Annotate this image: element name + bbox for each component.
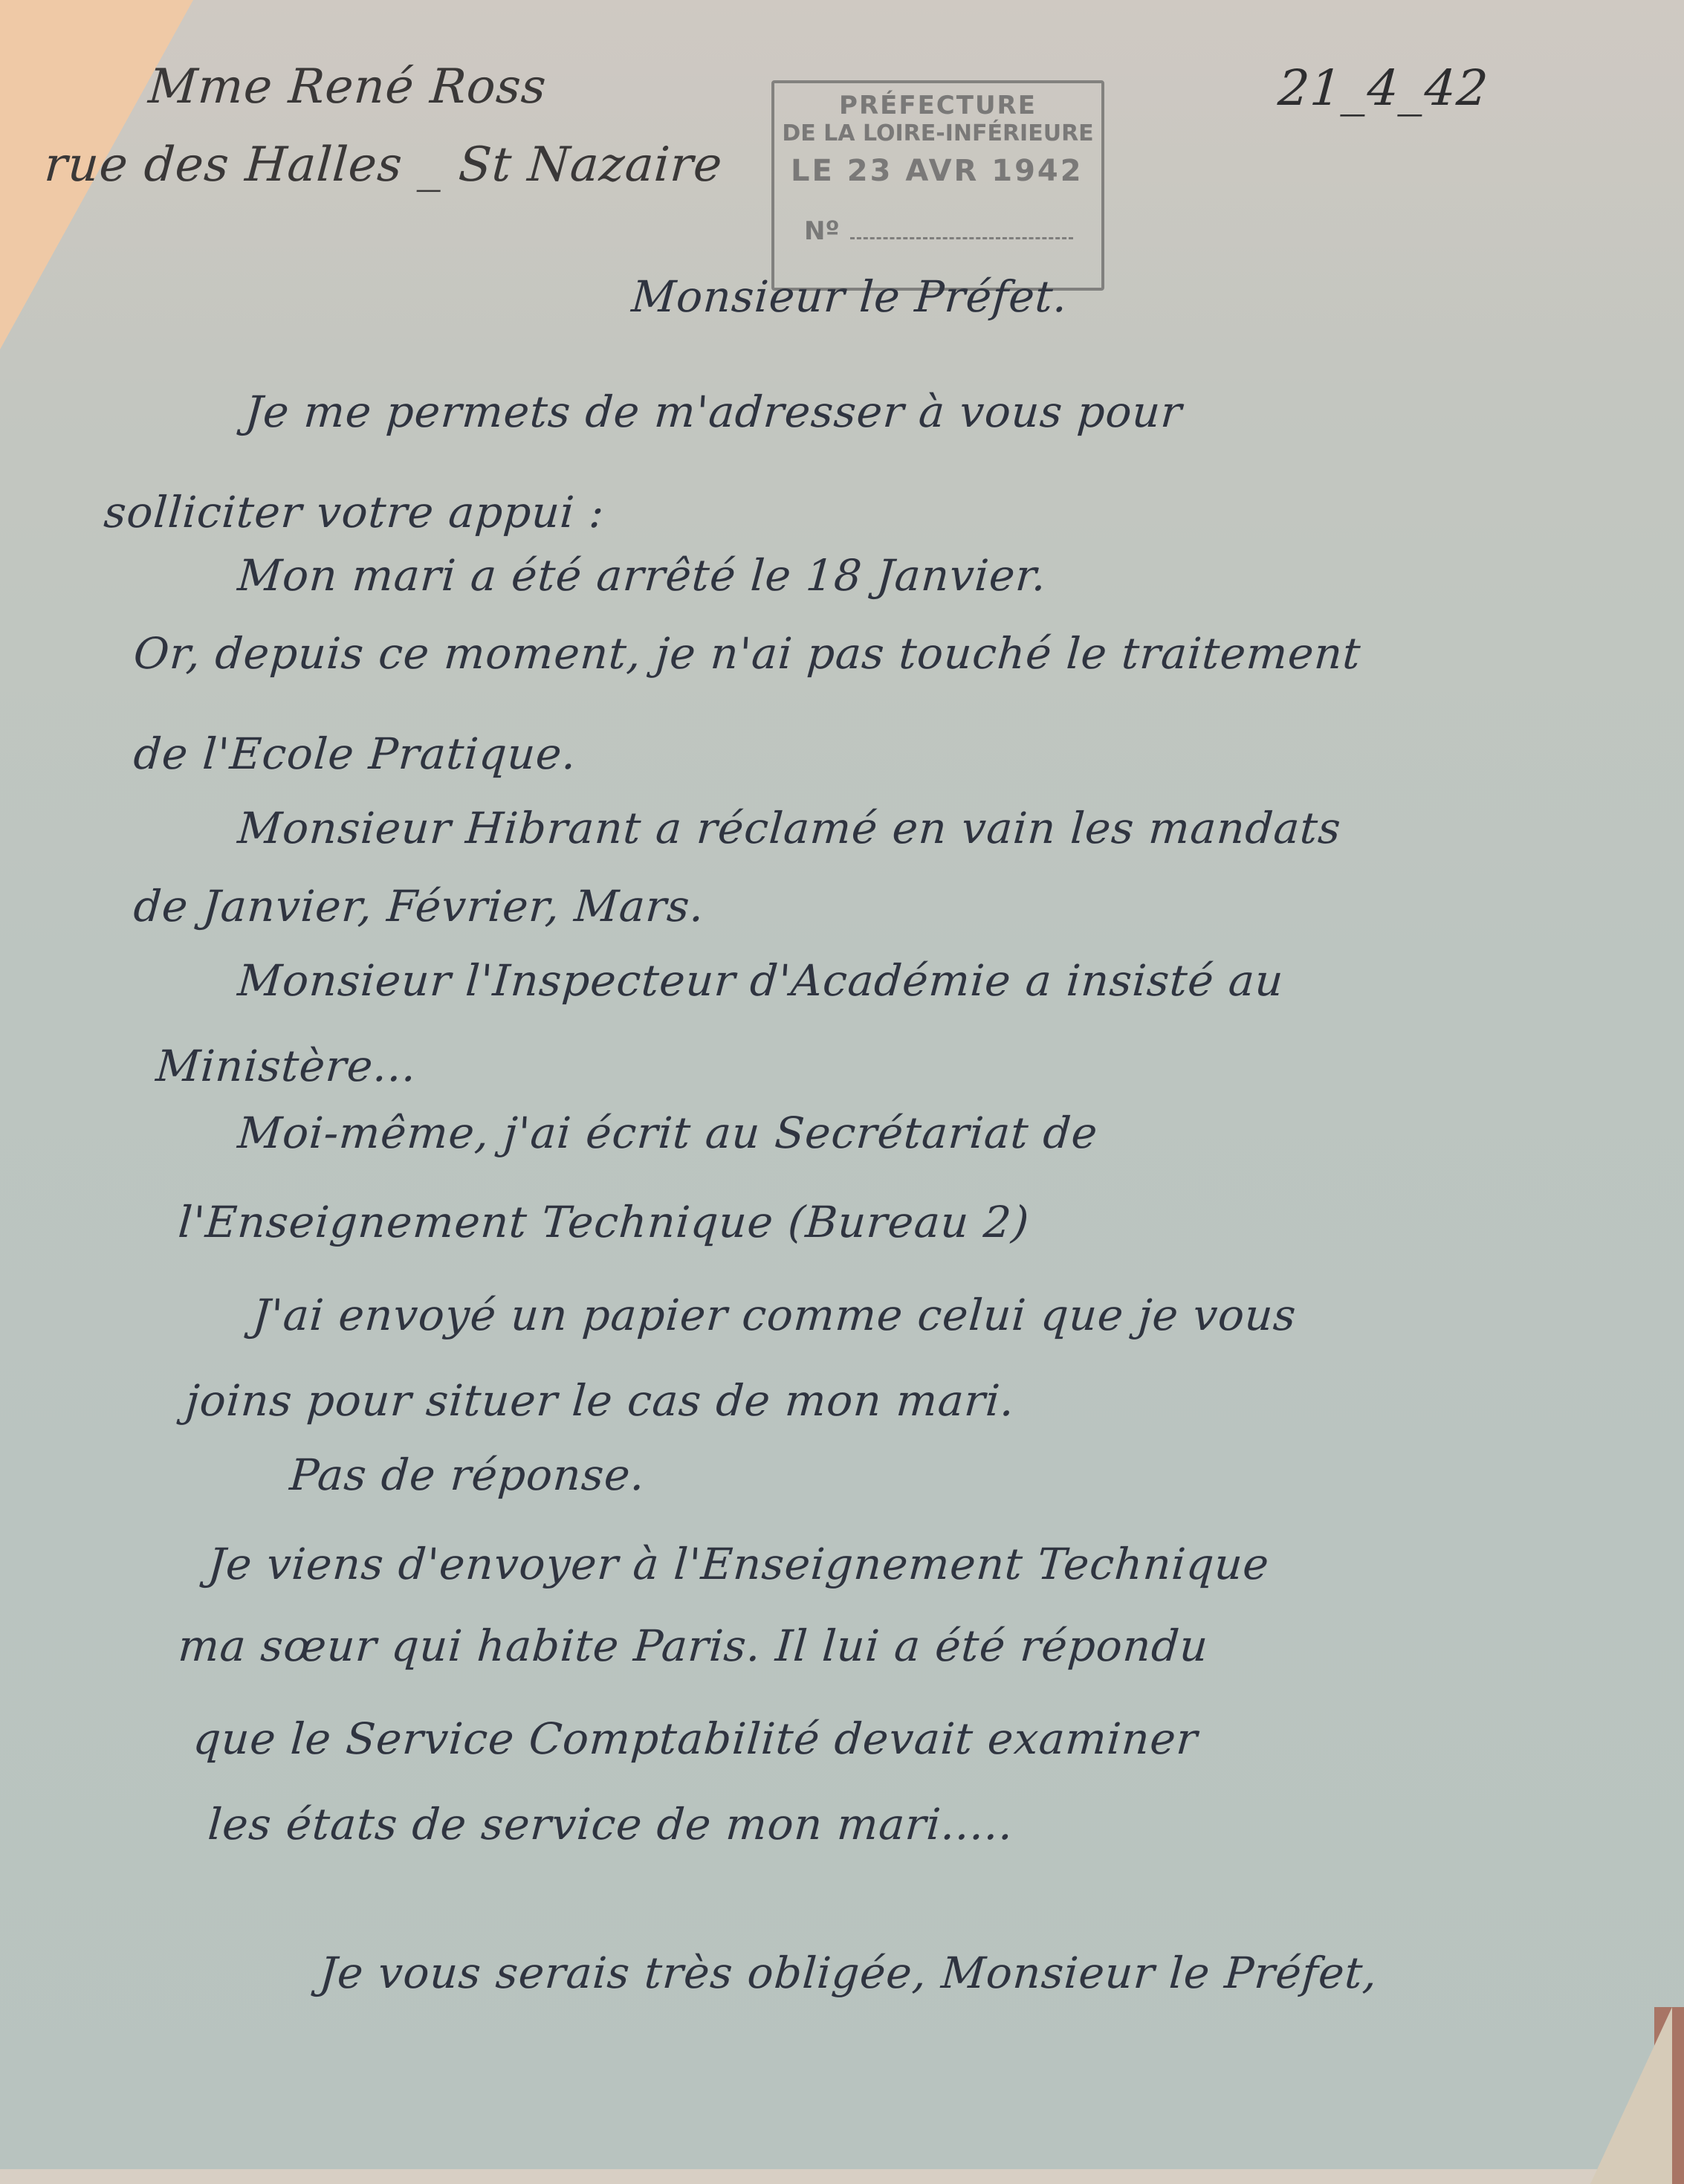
salutation: Monsieur le Préfet. [630, 271, 1070, 322]
letter-line: de l'Ecole Pratique. [132, 728, 579, 779]
letter-line: de Janvier, Février, Mars. [132, 881, 707, 931]
letter-line: Moi-même, j'ai écrit au Secrétariat de [236, 1108, 1100, 1158]
letter-line: Pas de réponse. [288, 1450, 647, 1500]
sender-name: Mme René Ross [146, 59, 548, 114]
letter-line: Mon mari a été arrêté le 18 Janvier. [236, 550, 1049, 601]
stamp-date: LE 23 AVR 1942 [774, 154, 1101, 188]
letter-date: 21_4_42 [1276, 59, 1490, 117]
letter-line: les états de service de mon mari..... [207, 1799, 1015, 1849]
letter-line: Or, depuis ce moment, je n'ai pas touché… [132, 628, 1363, 679]
letter-line: J'ai envoyé un papier comme celui que je… [251, 1290, 1298, 1340]
letter-line: solliciter votre appui : [103, 487, 606, 537]
letter-line: Monsieur Hibrant a réclamé en vain les m… [236, 803, 1343, 853]
stamp-line-2: DE LA LOIRE-INFÉRIEURE [774, 120, 1101, 146]
letter-line: Ministère... [155, 1041, 418, 1091]
letter-line: Je viens d'envoyer à l'Enseignement Tech… [207, 1539, 1272, 1589]
letter-line: que le Service Comptabilité devait exami… [192, 1713, 1199, 1764]
stamp-number: Nº [774, 216, 1101, 246]
sender-address: rue des Halles _ St Nazaire [42, 138, 724, 193]
letter-paper [0, 0, 1684, 2184]
stamp-line-1: PRÉFECTURE [774, 91, 1101, 120]
letter-line: Je vous serais très obligée, Monsieur le… [318, 1948, 1379, 1998]
letter-line: l'Enseignement Technique (Bureau 2) [177, 1197, 1032, 1247]
letter-line: ma sœur qui habite Paris. Il lui a été r… [177, 1621, 1211, 1671]
letter-line: Je me permets de m'adresser à vous pour [244, 387, 1185, 437]
prefecture-stamp: PRÉFECTURE DE LA LOIRE-INFÉRIEURE LE 23 … [771, 80, 1104, 291]
letter-line: joins pour situer le cas de mon mari. [184, 1375, 1017, 1426]
paper-edge [0, 2169, 1684, 2184]
letter-line: Monsieur l'Inspecteur d'Académie a insis… [236, 955, 1286, 1006]
